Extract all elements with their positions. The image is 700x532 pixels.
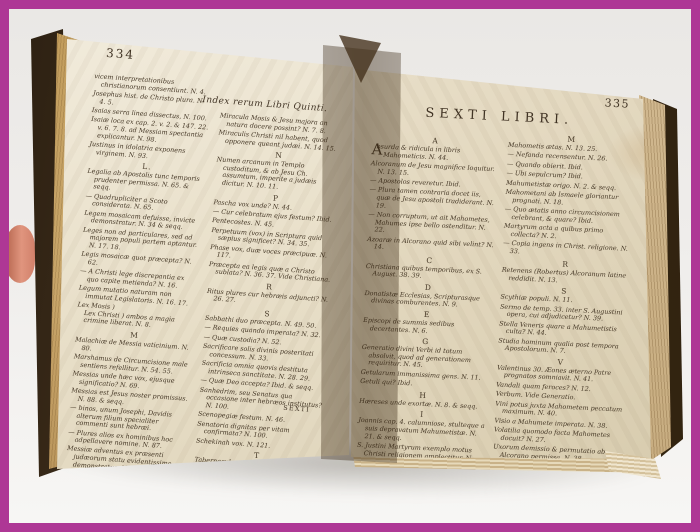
page-number-right: 335 bbox=[604, 96, 630, 110]
right-page-column-2: MMahometis ætas. N. 13. 25.— Nefanda rec… bbox=[493, 130, 636, 467]
left-page-content: 334 Index rerum Libri Quinti. vicem inte… bbox=[65, 41, 350, 471]
right-page-heading: SEXTI LIBRI. bbox=[379, 103, 619, 130]
photo-background: 334 Index rerum Libri Quinti. vicem inte… bbox=[9, 9, 691, 523]
photo-frame: 334 Index rerum Libri Quinti. vicem inte… bbox=[0, 0, 700, 532]
index-entry: Theocratia apud hebræos aliquousque perm… bbox=[190, 509, 315, 532]
index-entry: Legis mahumeticæ fundamentum quam amplum… bbox=[354, 501, 482, 522]
page-number-left: 334 bbox=[106, 46, 136, 62]
left-page-column-1: vicem interpretationibus christianorum c… bbox=[65, 73, 212, 479]
index-entry: Thalmudicus Christi miracula amplificat.… bbox=[191, 492, 316, 516]
finger bbox=[5, 225, 35, 283]
